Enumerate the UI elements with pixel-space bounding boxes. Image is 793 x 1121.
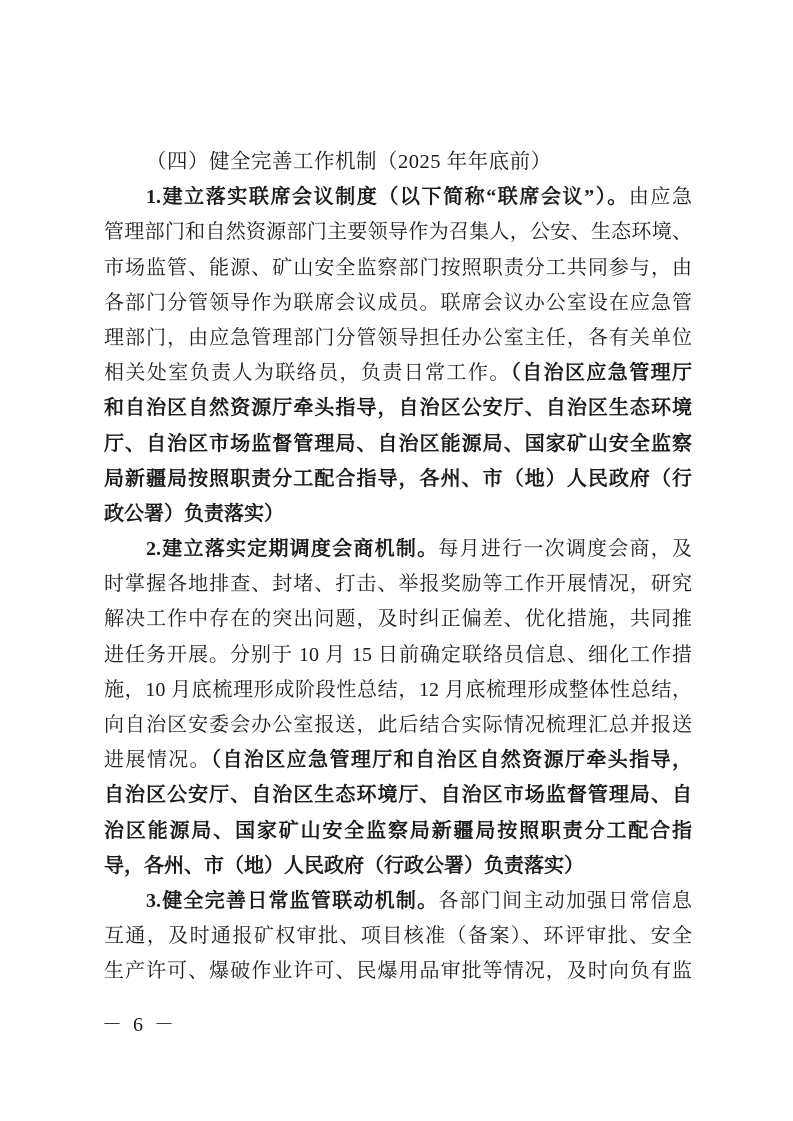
paragraph-1: 1.建立落实联席会议制度（以下简称“联席会议”）。由应急管理部门和自然资源部门主… [104,180,692,532]
text-line: 理部门，由应急管理部门分管领导担任办公室主任，各有关单位 [104,321,692,356]
body-text: 解决工作中存在的突出问题，及时纠正偏差、优化措施，共同推 [104,608,692,630]
body-text: 管理部门和自然资源部门主要领导作为召集人，公安、生态环境、 [104,221,692,243]
emphasis-text: 1.建立落实联席会议制度（以下简称“联席会议”）。 [146,186,629,208]
body-text: 各部门分管领导作为联席会议成员。联席会议办公室设在应急管 [104,292,692,314]
text-line: 导，各州、市（地）人民政府（行政公署）负责落实） [104,849,692,884]
body-text: 施，10 月底梳理形成阶段性总结，12 月底梳理形成整体性总结， [104,679,692,701]
text-line: 厅、自治区市场监督管理局、自治区能源局、国家矿山安全监察 [104,427,692,462]
emphasis-text: 局新疆局按照职责分工配合指导，各州、市（地）人民政府（行 [104,468,692,490]
body-text: 进任务开展。分别于 10 月 15 日前确定联络员信息、细化工作措 [104,644,692,666]
emphasis-text: 自治区公安厅、自治区生态环境厅、自治区市场监督管理局、自 [104,784,692,806]
text-line: 互通，及时通报矿权审批、项目核准（备案）、环评审批、安全 [104,919,692,954]
emphasis-text: 政公署）负责落实） [104,503,284,525]
body-text: 各部门间主动加强日常信息 [438,890,692,912]
text-line: 生产许可、爆破作业许可、民爆用品审批等情况，及时向负有监 [104,954,692,989]
text-line: 时掌握各地排查、封堵、打击、举报奖励等工作开展情况，研究 [104,567,692,602]
page-number: － 6 － [102,1008,177,1037]
paragraph-3: 3.健全完善日常监管联动机制。各部门间主动加强日常信息互通，及时通报矿权审批、项… [104,884,692,990]
emphasis-text: 导，各州、市（地）人民政府（行政公署）负责落实） [104,855,584,877]
body-text: 互通，及时通报矿权审批、项目核准（备案）、环评审批、安全 [104,925,692,947]
text-line: 治区能源局、国家矿山安全监察局新疆局按照职责分工配合指 [104,814,692,849]
body-text: 由应急 [629,186,692,208]
text-line: 和自治区自然资源厅牵头指导，自治区公安厅、自治区生态环境 [104,391,692,426]
document-page: （四）健全完善工作机制（2025 年年底前） 1.建立落实联席会议制度（以下简称… [0,0,793,1121]
emphasis-text: 治区能源局、国家矿山安全监察局新疆局按照职责分工配合指 [104,820,692,842]
text-line: 各部门分管领导作为联席会议成员。联席会议办公室设在应急管 [104,286,692,321]
text-line: 市场监管、能源、矿山安全监察部门按照职责分工共同参与，由 [104,251,692,286]
text-line: 施，10 月底梳理形成阶段性总结，12 月底梳理形成整体性总结， [104,673,692,708]
text-line: 管理部门和自然资源部门主要领导作为召集人，公安、生态环境、 [104,215,692,250]
paragraph-2: 2.建立落实定期调度会商机制。每月进行一次调度会商，及时掌握各地排查、封堵、打击… [104,532,692,884]
body-text: 生产许可、爆破作业许可、民爆用品审批等情况，及时向负有监 [104,960,692,982]
body-text: 每月进行一次调度会商，及 [438,538,692,560]
body-text: 相关处室负责人为联络员，负责日常工作。 [104,362,511,384]
text-line: 1.建立落实联席会议制度（以下简称“联席会议”）。由应急 [104,180,692,215]
text-line: 向自治区安委会办公室报送，此后结合实际情况梳理汇总并报送 [104,708,692,743]
emphasis-text: 2.建立落实定期调度会商机制。 [146,538,438,560]
text-line: 2.建立落实定期调度会商机制。每月进行一次调度会商，及 [104,532,692,567]
body-text: 向自治区安委会办公室报送，此后结合实际情况梳理汇总并报送 [104,714,692,736]
emphasis-text: （自治区应急管理厅 [511,362,692,384]
emphasis-text: 和自治区自然资源厅牵头指导，自治区公安厅、自治区生态环境 [104,397,692,419]
text-line: 局新疆局按照职责分工配合指导，各州、市（地）人民政府（行 [104,462,692,497]
section-heading: （四）健全完善工作机制（2025 年年底前） [104,145,692,180]
text-line: 进任务开展。分别于 10 月 15 日前确定联络员信息、细化工作措 [104,638,692,673]
emphasis-text: （自治区应急管理厅和自治区自然资源厅牵头指导， [211,749,692,771]
document-body: （四）健全完善工作机制（2025 年年底前） 1.建立落实联席会议制度（以下简称… [104,145,692,990]
text-line: 3.健全完善日常监管联动机制。各部门间主动加强日常信息 [104,884,692,919]
emphasis-text: 3.健全完善日常监管联动机制。 [146,890,438,912]
body-text: 时掌握各地排查、封堵、打击、举报奖励等工作开展情况，研究 [104,573,692,595]
body-text: 市场监管、能源、矿山安全监察部门按照职责分工共同参与，由 [104,257,692,279]
text-line: 进展情况。（自治区应急管理厅和自治区自然资源厅牵头指导， [104,743,692,778]
emphasis-text: 厅、自治区市场监督管理局、自治区能源局、国家矿山安全监察 [104,433,692,455]
text-line: 解决工作中存在的突出问题，及时纠正偏差、优化措施，共同推 [104,602,692,637]
text-line: 相关处室负责人为联络员，负责日常工作。（自治区应急管理厅 [104,356,692,391]
paragraphs-container: 1.建立落实联席会议制度（以下简称“联席会议”）。由应急管理部门和自然资源部门主… [104,180,692,989]
text-line: 政公署）负责落实） [104,497,692,532]
body-text: 进展情况。 [104,749,211,771]
text-line: 自治区公安厅、自治区生态环境厅、自治区市场监督管理局、自 [104,778,692,813]
body-text: 理部门，由应急管理部门分管领导担任办公室主任，各有关单位 [104,327,692,349]
